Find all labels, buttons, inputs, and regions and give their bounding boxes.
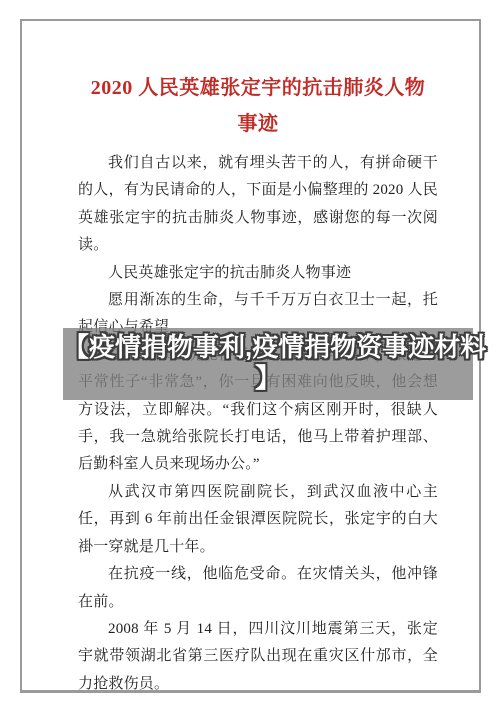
watermark-text-line-1: 【疫情捐物事利,疫情捐物资事迹材料 (63, 331, 473, 363)
document-title: 2020 人民英雄张定宇的抗击肺炎人物 事迹 (78, 70, 438, 142)
watermark-text-line-2: 】 (63, 363, 473, 393)
body-paragraph: 2008 年 5 月 14 日，四川汶川地震第三天，张定宇就带领湖北省第三医疗队… (78, 616, 438, 698)
body-paragraph: 在抗疫一线，他临危受命。在灾情关头，他冲锋在前。 (78, 561, 438, 616)
body-paragraph: 从武汉市第四医院副院长，到武汉血液中心主任，再到 6 年前出任金银潭医院院长，张… (78, 479, 438, 561)
watermark-overlay: 【疫情捐物事利,疫情捐物资事迹材料 】 (63, 328, 473, 400)
title-line-1: 2020 人民英雄张定宇的抗击肺炎人物 (78, 70, 438, 106)
document-body: 我们自古以来，就有埋头苦干的人，有拼命硬干的人，有为民请命的人，下面是小偏整理的… (78, 150, 438, 698)
title-line-2: 事迹 (78, 106, 438, 142)
body-paragraph: 人民英雄张定宇的抗击肺炎人物事迹 (78, 260, 438, 287)
body-paragraph: 我们自古以来，就有埋头苦干的人，有拼命硬干的人，有为民请命的人，下面是小偏整理的… (78, 150, 438, 260)
